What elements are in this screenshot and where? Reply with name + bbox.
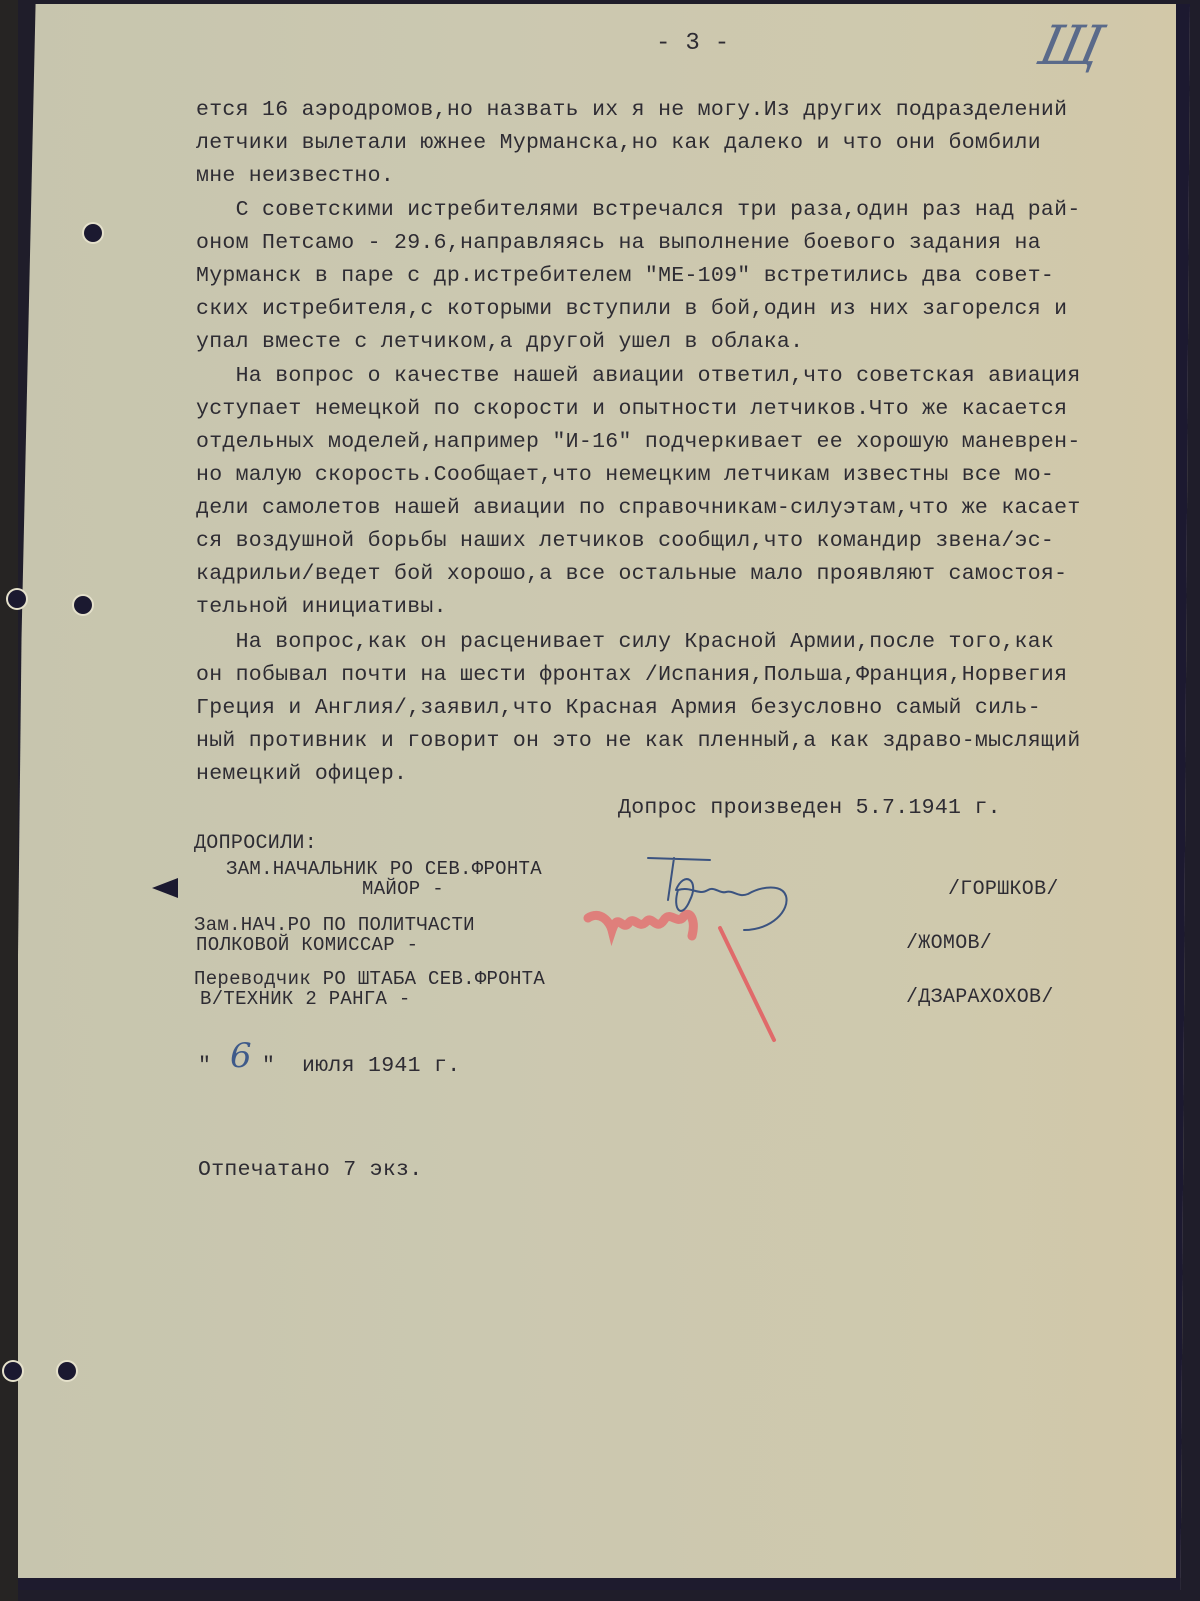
interrogated-by-label: ДОПРОСИЛИ: — [194, 834, 317, 854]
scan-right-border — [1176, 4, 1190, 1590]
body-line: уступает немецкой по скорости и опытност… — [196, 399, 1067, 421]
red-pencil-line-icon — [720, 928, 774, 1040]
body-line: ный противник и говорит он это не как пл… — [196, 731, 1081, 753]
punch-hole — [74, 596, 92, 614]
punch-hole — [58, 1362, 76, 1380]
signatory-name: /ГОРШКОВ/ — [948, 880, 1059, 900]
punch-hole — [84, 224, 102, 242]
body-line: Мурманск в паре с др.истребителем "МЕ-10… — [196, 266, 1054, 288]
signatory-title: ЗАМ.НАЧАЛЬНИК РО СЕВ.ФРОНТА — [226, 860, 542, 879]
body-line: дели самолетов нашей авиации по справочн… — [196, 498, 1081, 520]
body-line: отдельных моделей,например "И-16" подчер… — [196, 432, 1081, 454]
body-line: он побывал почти на шести фронтах /Испан… — [196, 665, 1067, 687]
body-line: ских истребителя,с которыми вступили в б… — [196, 299, 1067, 321]
scan-bottom-border — [18, 1578, 1190, 1590]
page-number: - 3 - — [656, 32, 730, 56]
body-line: С советскими истребителями встречался тр… — [196, 200, 1081, 222]
body-line: но малую скорость.Сообщает,что немецким … — [196, 465, 1054, 487]
handwritten-day: 6 — [230, 1036, 252, 1076]
corner-handwritten-mark: Щ — [1033, 14, 1108, 77]
body-line: летчики вылетали южнее Мурманска,но как … — [196, 133, 1041, 155]
body-line: ся воздушной борьбы наших летчиков сообщ… — [196, 531, 1054, 553]
punch-hole — [8, 590, 26, 608]
body-line: кадрильи/ведет бой хорошо,а все остальны… — [196, 564, 1067, 586]
red-signature-icon — [588, 914, 693, 936]
signatory-title: Зам.НАЧ.РО ПО ПОЛИТЧАСТИ — [194, 916, 475, 935]
body-line: ется 16 аэродромов,но назвать их я не мо… — [196, 100, 1067, 122]
body-line: упал вместе с летчиком,а другой ушел в о… — [196, 332, 803, 354]
scan-left-border — [0, 0, 18, 1601]
body-line: тельной инициативы. — [196, 597, 447, 619]
signatory-title: Переводчик РО ШТАБА СЕВ.ФРОНТА — [194, 970, 545, 989]
signatory-name: /ЖОМОВ/ — [906, 934, 992, 954]
body-line: На вопрос о качестве нашей авиации ответ… — [196, 366, 1081, 388]
punch-hole — [4, 1362, 22, 1380]
date-open-quote: " — [198, 1056, 211, 1078]
signatures-graphic — [560, 850, 820, 1050]
date-close-quote: " — [262, 1056, 275, 1078]
page-tab-marker-icon — [152, 878, 178, 898]
signatory-rank: ПОЛКОВОЙ КОМИССАР - — [196, 936, 418, 955]
date-rest: июля 1941 г. — [302, 1056, 460, 1078]
signatory-name: /ДЗАРАХОХОВ/ — [906, 988, 1054, 1008]
body-line: мне неизвестно. — [196, 166, 394, 188]
body-line: На вопрос,как он расценивает силу Красно… — [196, 632, 1054, 654]
copies-printed: Отпечатано 7 экз. — [198, 1160, 422, 1182]
body-line: немецкий офицер. — [196, 764, 407, 786]
body-line: оном Петсамо - 29.6,направляясь на выпол… — [196, 233, 1041, 255]
interrogation-date: Допрос произведен 5.7.1941 г. — [618, 798, 1001, 820]
signatory-rank: В/ТЕХНИК 2 РАНГА - — [200, 990, 411, 1009]
body-line: Греция и Англия/,заявил,что Красная Арми… — [196, 698, 1041, 720]
signatory-rank: МАЙОР - — [362, 880, 444, 899]
